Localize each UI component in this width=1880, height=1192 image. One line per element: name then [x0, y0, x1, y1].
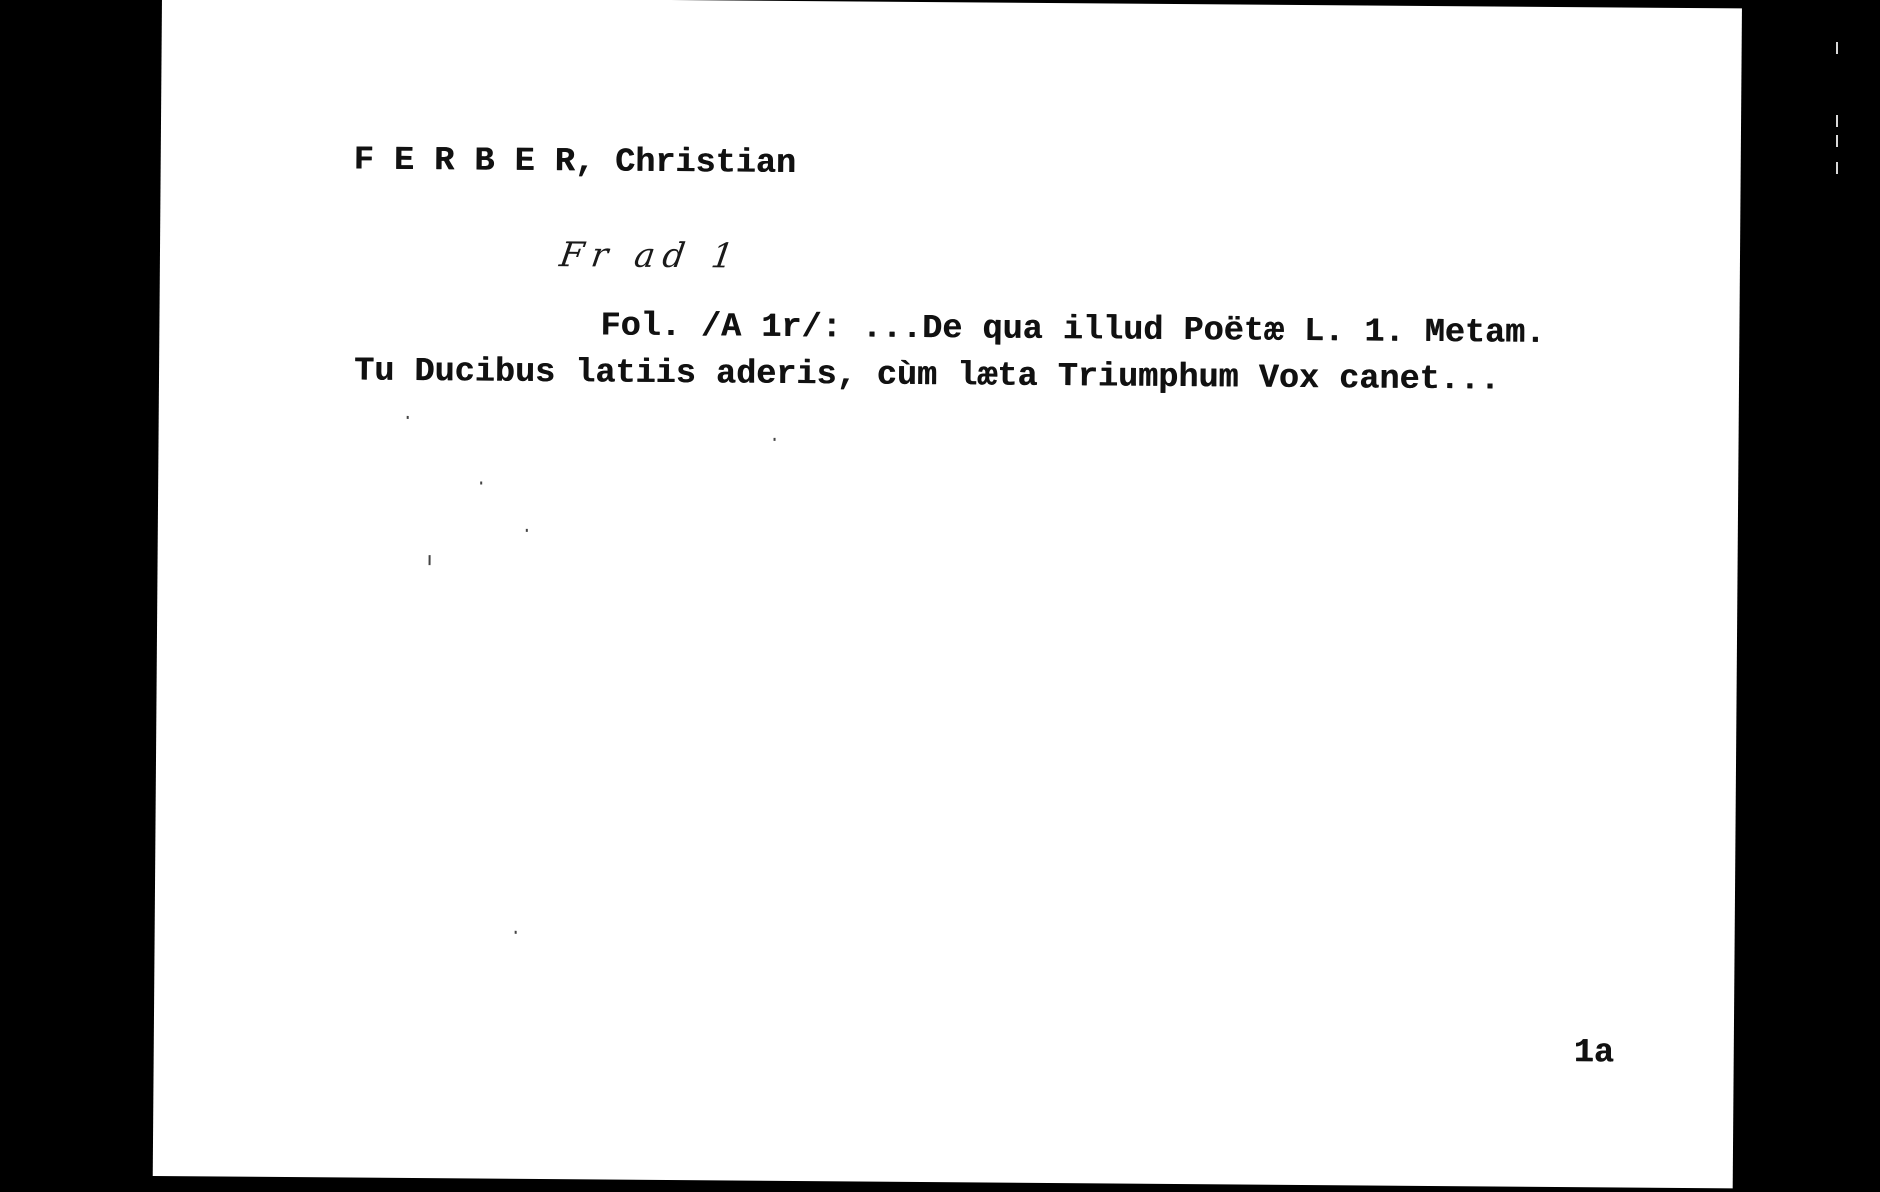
scan-speck: [526, 529, 528, 532]
catalog-card: F E R B E R, Christian Fr ad 1 Fol. /A 1…: [153, 0, 1742, 1188]
scanner-edge-mark: [1836, 115, 1838, 127]
handwritten-note: Fr ad 1: [557, 235, 744, 276]
card-heading: F E R B E R, Christian: [354, 145, 797, 182]
scanner-edge-mark: [1836, 42, 1838, 54]
scan-speck: [407, 416, 409, 419]
scan-speck: [515, 931, 517, 934]
scan-speck: [429, 555, 431, 565]
card-body-line-2: Tu Ducibus latiis aderis, cùm læta Trium…: [354, 356, 1500, 398]
card-body-line-1: Fol. /A 1r/: ...De qua illud Poëtæ L. 1.…: [600, 310, 1545, 351]
scanner-edge-mark: [1836, 135, 1838, 147]
scan-speck: [480, 482, 482, 485]
scan-viewport: F E R B E R, Christian Fr ad 1 Fol. /A 1…: [0, 0, 1880, 1192]
scanner-edge-mark: [1836, 162, 1838, 174]
scan-speck: [774, 438, 776, 441]
card-number: 1a: [1574, 1037, 1614, 1071]
